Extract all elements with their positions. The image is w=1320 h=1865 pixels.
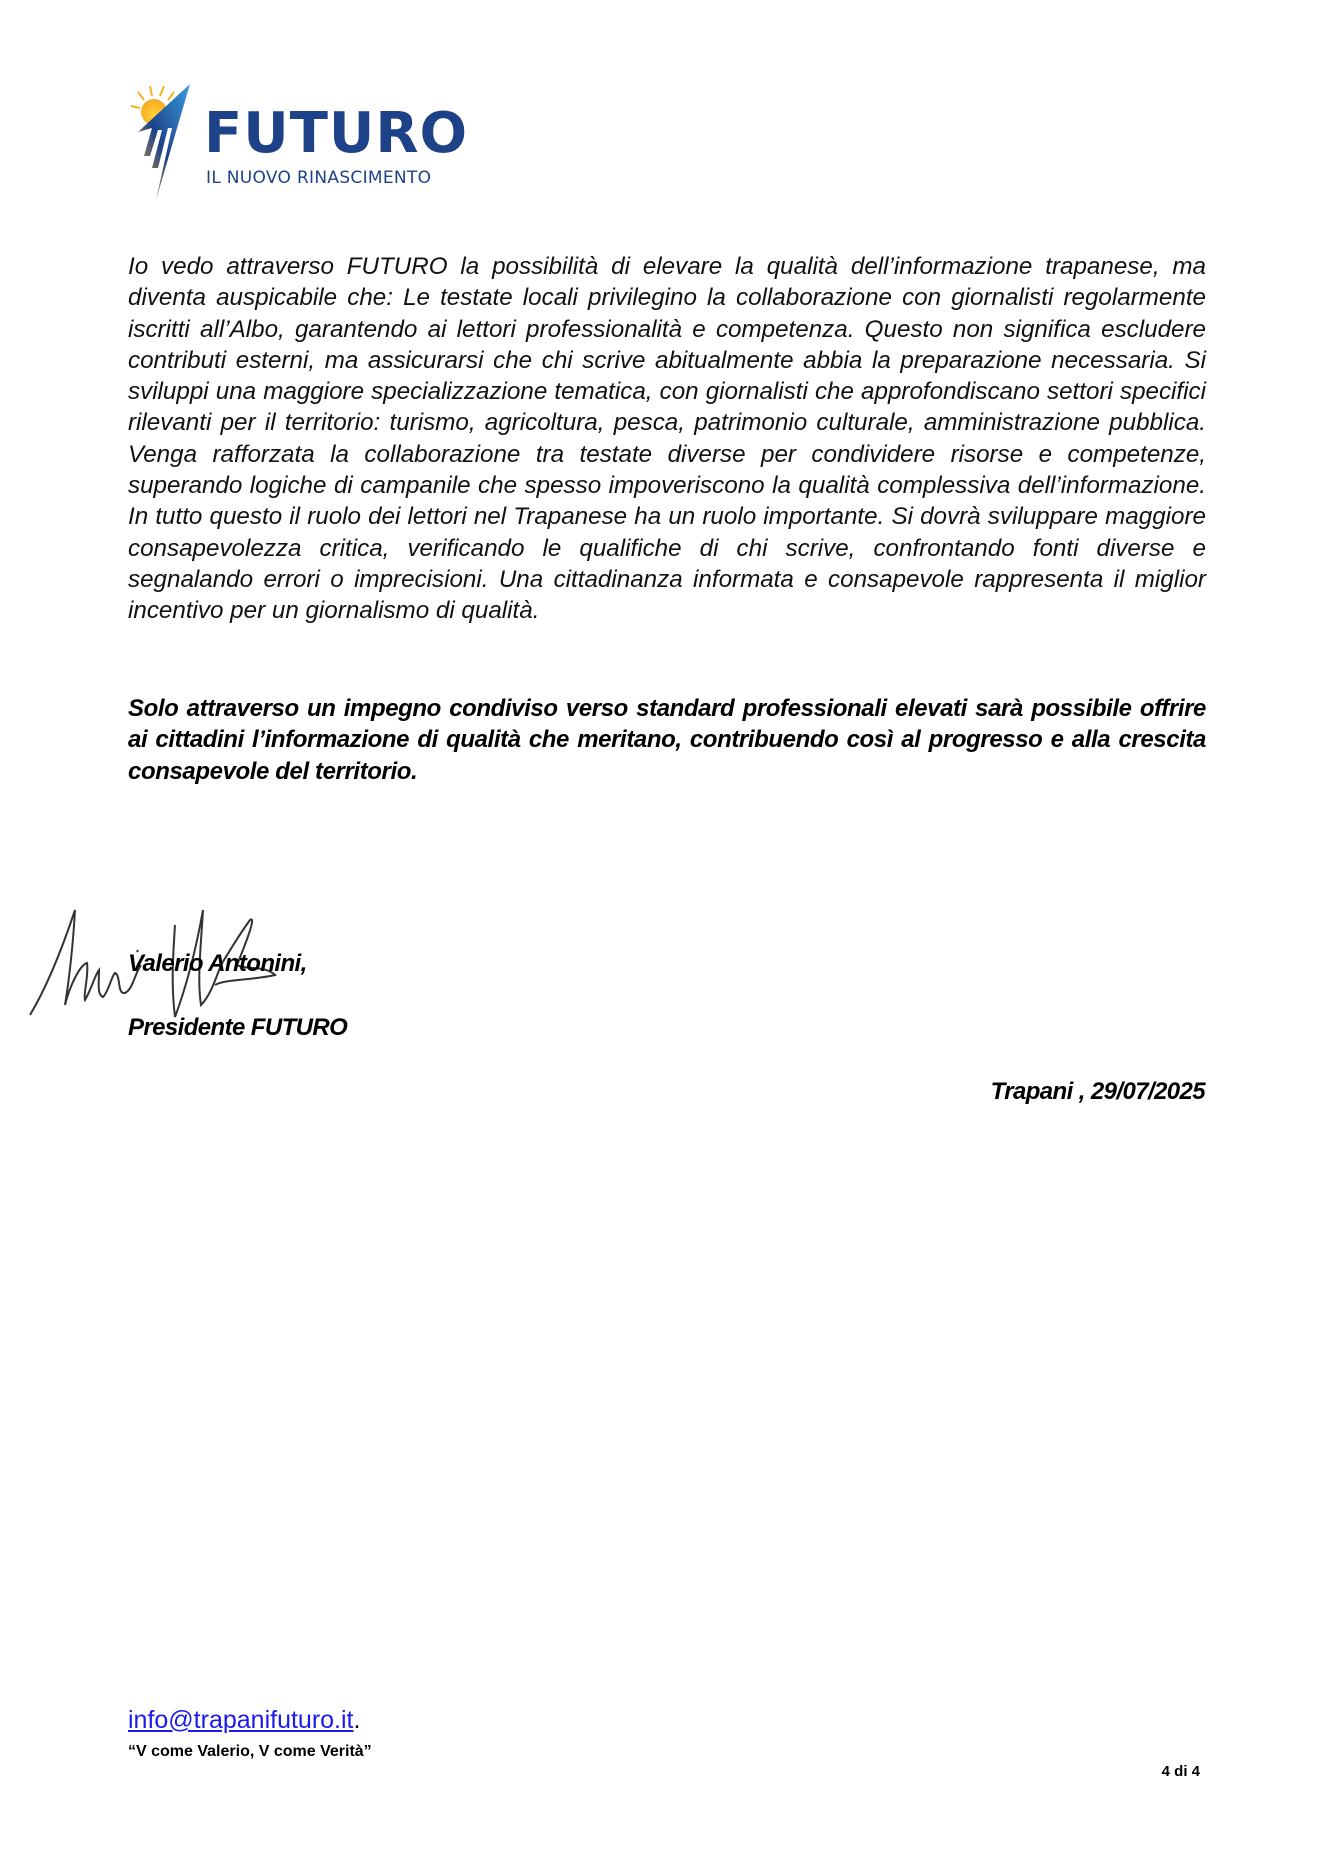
body-paragraph-text: Io vedo attraverso FUTURO la possibilità…	[128, 251, 1206, 627]
document-page: FUTURO IL NUOVO RINASCIMENTO Io vedo att…	[0, 0, 1320, 1865]
logo-title: FUTURO	[204, 106, 468, 162]
signatory-role: Presidente FUTURO	[128, 1014, 347, 1042]
email-link[interactable]: info@trapanifuturo.it	[128, 1706, 354, 1734]
closing-statement: Solo attraverso un impegno condiviso ver…	[128, 693, 1206, 787]
footer-motto: “V come Valerio, V come Verità”	[128, 1743, 372, 1761]
place-date: Trapani , 29/07/2025	[991, 1078, 1205, 1106]
rocket-sun-logo-icon	[130, 82, 210, 202]
futuro-logo: FUTURO IL NUOVO RINASCIMENTO	[130, 82, 470, 202]
email-suffix: .	[354, 1706, 361, 1734]
body-paragraph: Io vedo attraverso FUTURO la possibilità…	[128, 251, 1206, 627]
signatory-name: Valerio Antonini,	[128, 950, 307, 978]
footer-email: info@trapanifuturo.it.	[128, 1706, 360, 1735]
logo-subtitle: IL NUOVO RINASCIMENTO	[206, 170, 431, 187]
page-number: 4 di 4	[1162, 1763, 1200, 1780]
